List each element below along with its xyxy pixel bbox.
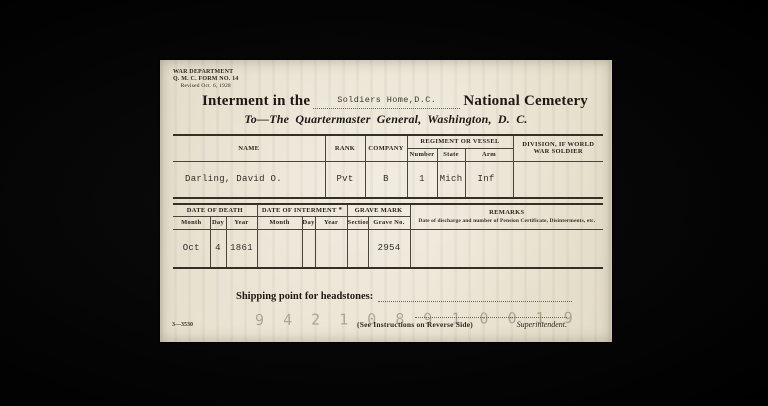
cell-remarks [410,229,603,268]
col-header-death-month: Month [173,216,210,229]
print-code: 3—3530 [172,322,193,328]
col-header-rank: RANK [325,135,365,161]
title-prefix: Interment in the [202,93,310,110]
scanned-interment-card-screen: WAR DEPARTMENT Q. M. C. FORM NO. 14 Revi… [0,0,768,406]
col-header-death-year: Year [226,216,257,229]
cell-death-day: 4 [210,229,226,268]
cell-interment-day [302,229,315,268]
cell-name: Darling, David O. [173,161,325,198]
soldier-table: NAME RANK COMPANY REGIMENT OR VESSEL DIV… [173,134,603,199]
burial-table: DATE OF DEATH DATE OF INTERMENT * GRAVE … [173,203,603,269]
form-identification: WAR DEPARTMENT Q. M. C. FORM NO. 14 Revi… [173,69,239,90]
interment-record-card: WAR DEPARTMENT Q. M. C. FORM NO. 14 Revi… [160,60,612,342]
interment-footnote-star: * [338,206,342,214]
cell-grave-number: 2954 [368,229,410,268]
col-header-interment-year: Year [315,216,347,229]
col-group-grave-mark: GRAVE MARK [347,204,410,216]
col-header-remarks: REMARKS Date of discharge and number of … [410,204,603,229]
card-subtitle: To—The Quartermaster General, Washington… [160,112,612,127]
cell-rank: Pvt [325,161,365,198]
remarks-label: REMARKS [489,209,524,216]
col-header-interment-day: Day [302,216,315,229]
col-header-regiment-state: State [437,148,465,161]
col-header-regiment-number: Number [407,148,437,161]
col-header-division: DIVISION, IF WORLD WAR SOLDIER [513,135,603,161]
card-title: Interment in the Soldiers Home,D.C. Nati… [202,91,588,110]
col-group-date-of-death: DATE OF DEATH [173,204,257,216]
shipping-point-row: Shipping point for headstones: [236,291,572,302]
cell-interment-month [257,229,302,268]
form-id-revision-date: Revised Oct. 6, 1928 [173,83,239,90]
form-id-number: Q. M. C. FORM NO. 14 [173,76,239,83]
cell-division [513,161,603,198]
cell-grave-section [347,229,368,268]
remarks-sublabel: Date of discharge and number of Pension … [411,218,604,225]
cell-interment-year [315,229,347,268]
cemetery-name-value: Soldiers Home,D.C. [337,95,436,105]
cell-death-month: Oct [173,229,210,268]
col-group-regiment-or-vessel: REGIMENT OR VESSEL [407,135,513,148]
cell-regiment-arm: Inf [465,161,513,198]
cemetery-name-blank: Soldiers Home,D.C. [313,91,460,109]
cell-regiment-state: Mich [437,161,465,198]
col-header-interment-month: Month [257,216,302,229]
cell-regiment-number: 1 [407,161,437,198]
reverse-side-instructions-note: (See Instructions on Reverse Side) [285,320,545,329]
shipping-point-label: Shipping point for headstones: [236,291,373,302]
form-id-department: WAR DEPARTMENT [173,69,239,76]
col-header-grave-number: Grave No. [368,216,410,229]
col-header-death-day: Day [210,216,226,229]
cell-death-year: 1861 [226,229,257,268]
date-of-interment-label: DATE OF INTERMENT [262,207,337,214]
cell-company: B [365,161,407,198]
title-suffix: National Cemetery [463,93,588,110]
col-header-name: NAME [173,135,325,161]
signature-blank [415,312,567,318]
shipping-point-blank [378,291,572,302]
col-header-grave-section: Section [347,216,368,229]
col-group-date-of-interment: DATE OF INTERMENT * [257,204,347,216]
col-header-regiment-arm: Arm [465,148,513,161]
soldier-data-row: Darling, David O. Pvt B 1 Mich Inf [173,161,603,198]
burial-data-row: Oct 4 1861 2954 [173,229,603,268]
col-header-company: COMPANY [365,135,407,161]
